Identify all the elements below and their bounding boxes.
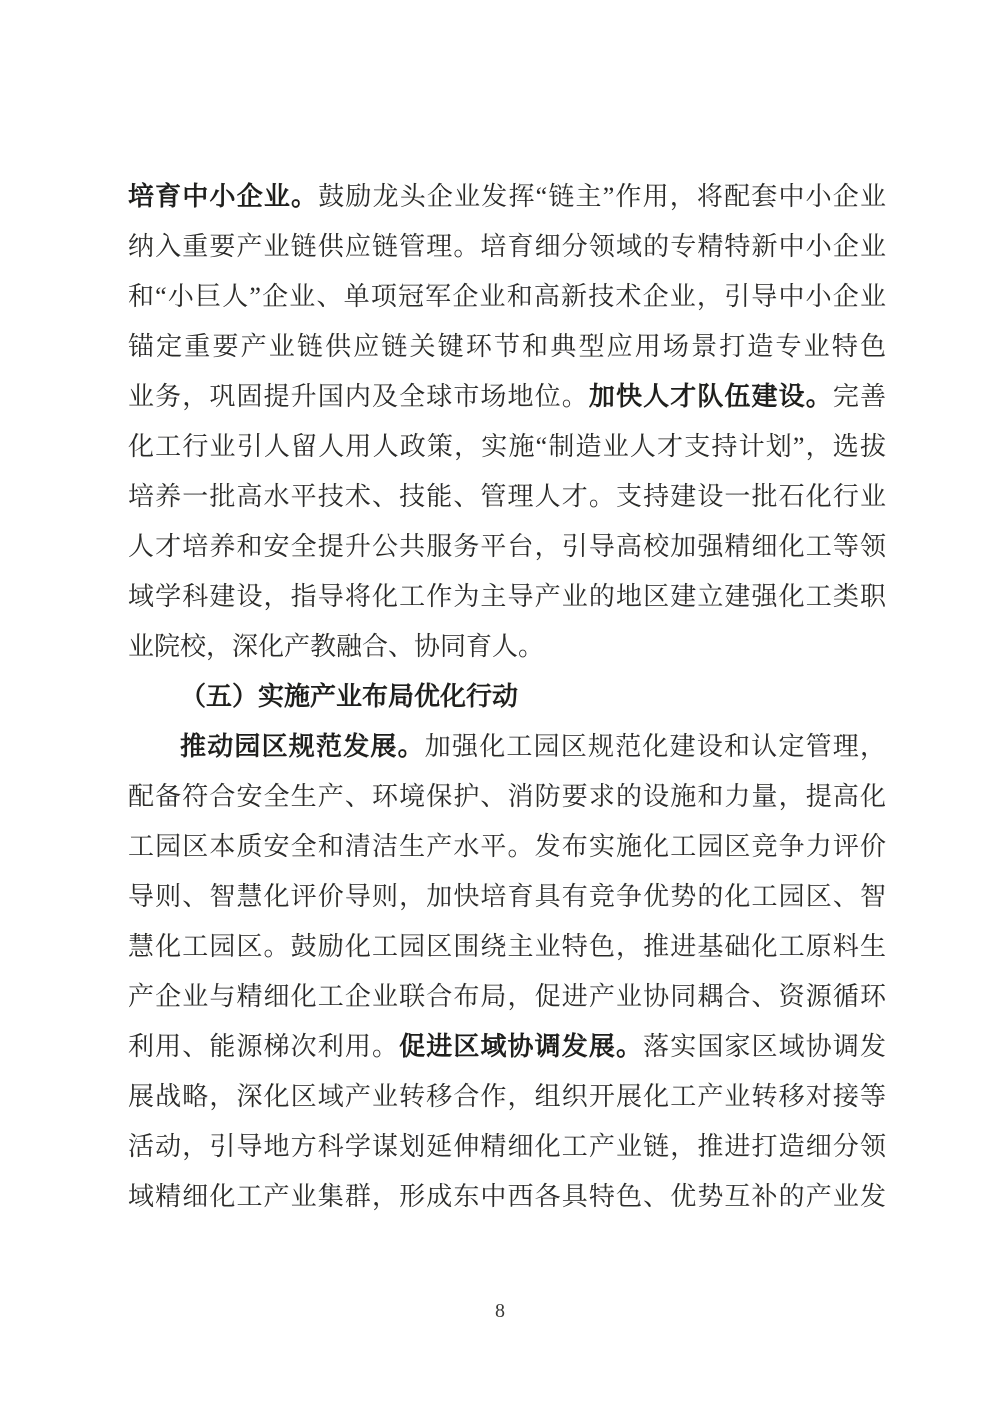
text-line: 导则、智慧化评价导则，加快培育具有竞争优势的化工园区、智 (128, 872, 886, 922)
text-line: 域精细化工产业集群，形成东中西各具特色、优势互补的产业发 (128, 1172, 886, 1222)
text-line: 人才培养和安全提升公共服务平台，引导高校加强精细化工等领 (128, 522, 886, 572)
text-run: 工园区本质安全和清洁生产水平。发布实施化工园区竞争力评价 (128, 832, 886, 861)
text-line: 业务，巩固提升国内及全球市场地位。加快人才队伍建设。完善 (128, 372, 886, 422)
bold-run: （五）实施产业布局优化行动 (180, 682, 518, 711)
text-run: 纳入重要产业链供应链管理。培育细分领域的专精特新中小企业 (128, 232, 886, 261)
text-run: 域学科建设，指导将化工作为主导产业的地区建立建强化工类职 (128, 582, 886, 611)
text-line: 产企业与精细化工企业联合布局，促进产业协同耦合、资源循环 (128, 972, 886, 1022)
text-line: 纳入重要产业链供应链管理。培育细分领域的专精特新中小企业 (128, 222, 886, 272)
text-line: 工园区本质安全和清洁生产水平。发布实施化工园区竞争力评价 (128, 822, 886, 872)
text-line: 域学科建设，指导将化工作为主导产业的地区建立建强化工类职 (128, 572, 886, 622)
text-run: 展战略，深化区域产业转移合作，组织开展化工产业转移对接等 (128, 1082, 886, 1111)
text-run: 域精细化工产业集群，形成东中西各具特色、优势互补的产业发 (128, 1182, 886, 1211)
text-run: 落实国家区域协调发 (643, 1032, 886, 1061)
text-run: 完善 (833, 382, 886, 411)
text-run: 人才培养和安全提升公共服务平台，引导高校加强精细化工等领 (128, 532, 886, 561)
bold-run: 促进区域协调发展。 (399, 1032, 643, 1061)
text-run: 慧化工园区。鼓励化工园区围绕主业特色，推进基础化工原料生 (128, 932, 886, 961)
document-page: 培育中小企业。鼓励龙头企业发挥“链主”作用，将配套中小企业 纳入重要产业链供应链… (0, 0, 1000, 1413)
page-number: 8 (0, 1296, 1000, 1326)
text-run: 锚定重要产业链供应链关键环节和典型应用场景打造专业特色 (128, 332, 886, 361)
section-heading-5: （五）实施产业布局优化行动 (128, 672, 886, 722)
text-run: 导则、智慧化评价导则，加快培育具有竞争优势的化工园区、智 (128, 882, 886, 911)
bold-run: 加快人才队伍建设。 (589, 382, 833, 411)
text-run: 业院校，深化产教融合、协同育人。 (128, 632, 544, 661)
text-line: 活动，引导地方科学谋划延伸精细化工产业链，推进打造细分领 (128, 1122, 886, 1172)
text-line: 慧化工园区。鼓励化工园区围绕主业特色，推进基础化工原料生 (128, 922, 886, 972)
text-line: 业院校，深化产教融合、协同育人。 (128, 622, 886, 672)
text-line: 利用、能源梯次利用。促进区域协调发展。落实国家区域协调发 (128, 1022, 886, 1072)
bold-run: 培育中小企业。 (128, 182, 318, 211)
text-line: 推动园区规范发展。加强化工园区规范化建设和认定管理， (128, 722, 886, 772)
text-run: 和“小巨人”企业、单项冠军企业和高新技术企业，引导中小企业 (128, 282, 886, 311)
text-run: 业务，巩固提升国内及全球市场地位。 (128, 382, 589, 411)
text-run: 活动，引导地方科学谋划延伸精细化工产业链，推进打造细分领 (128, 1132, 886, 1161)
text-run: 利用、能源梯次利用。 (128, 1032, 399, 1061)
text-line: 化工行业引人留人用人政策，实施“制造业人才支持计划”，选拔 (128, 422, 886, 472)
text-line: 培养一批高水平技术、技能、管理人才。支持建设一批石化行业 (128, 472, 886, 522)
text-run: 产企业与精细化工企业联合布局，促进产业协同耦合、资源循环 (128, 982, 886, 1011)
text-run: 化工行业引人留人用人政策，实施“制造业人才支持计划”，选拔 (128, 432, 886, 461)
text-line: 配备符合安全生产、环境保护、消防要求的设施和力量，提高化 (128, 772, 886, 822)
text-run: 培养一批高水平技术、技能、管理人才。支持建设一批石化行业 (128, 482, 886, 511)
text-run: 鼓励龙头企业发挥“链主”作用，将配套中小企业 (318, 182, 886, 211)
document-body: 培育中小企业。鼓励龙头企业发挥“链主”作用，将配套中小企业 纳入重要产业链供应链… (128, 172, 886, 1222)
text-line: 展战略，深化区域产业转移合作，组织开展化工产业转移对接等 (128, 1072, 886, 1122)
text-run: 加强化工园区规范化建设和认定管理， (425, 732, 886, 761)
text-line: 和“小巨人”企业、单项冠军企业和高新技术企业，引导中小企业 (128, 272, 886, 322)
text-line: 培育中小企业。鼓励龙头企业发挥“链主”作用，将配套中小企业 (128, 172, 886, 222)
text-line: 锚定重要产业链供应链关键环节和典型应用场景打造专业特色 (128, 322, 886, 372)
text-run: 配备符合安全生产、环境保护、消防要求的设施和力量，提高化 (128, 782, 886, 811)
bold-run: 推动园区规范发展。 (180, 732, 425, 761)
